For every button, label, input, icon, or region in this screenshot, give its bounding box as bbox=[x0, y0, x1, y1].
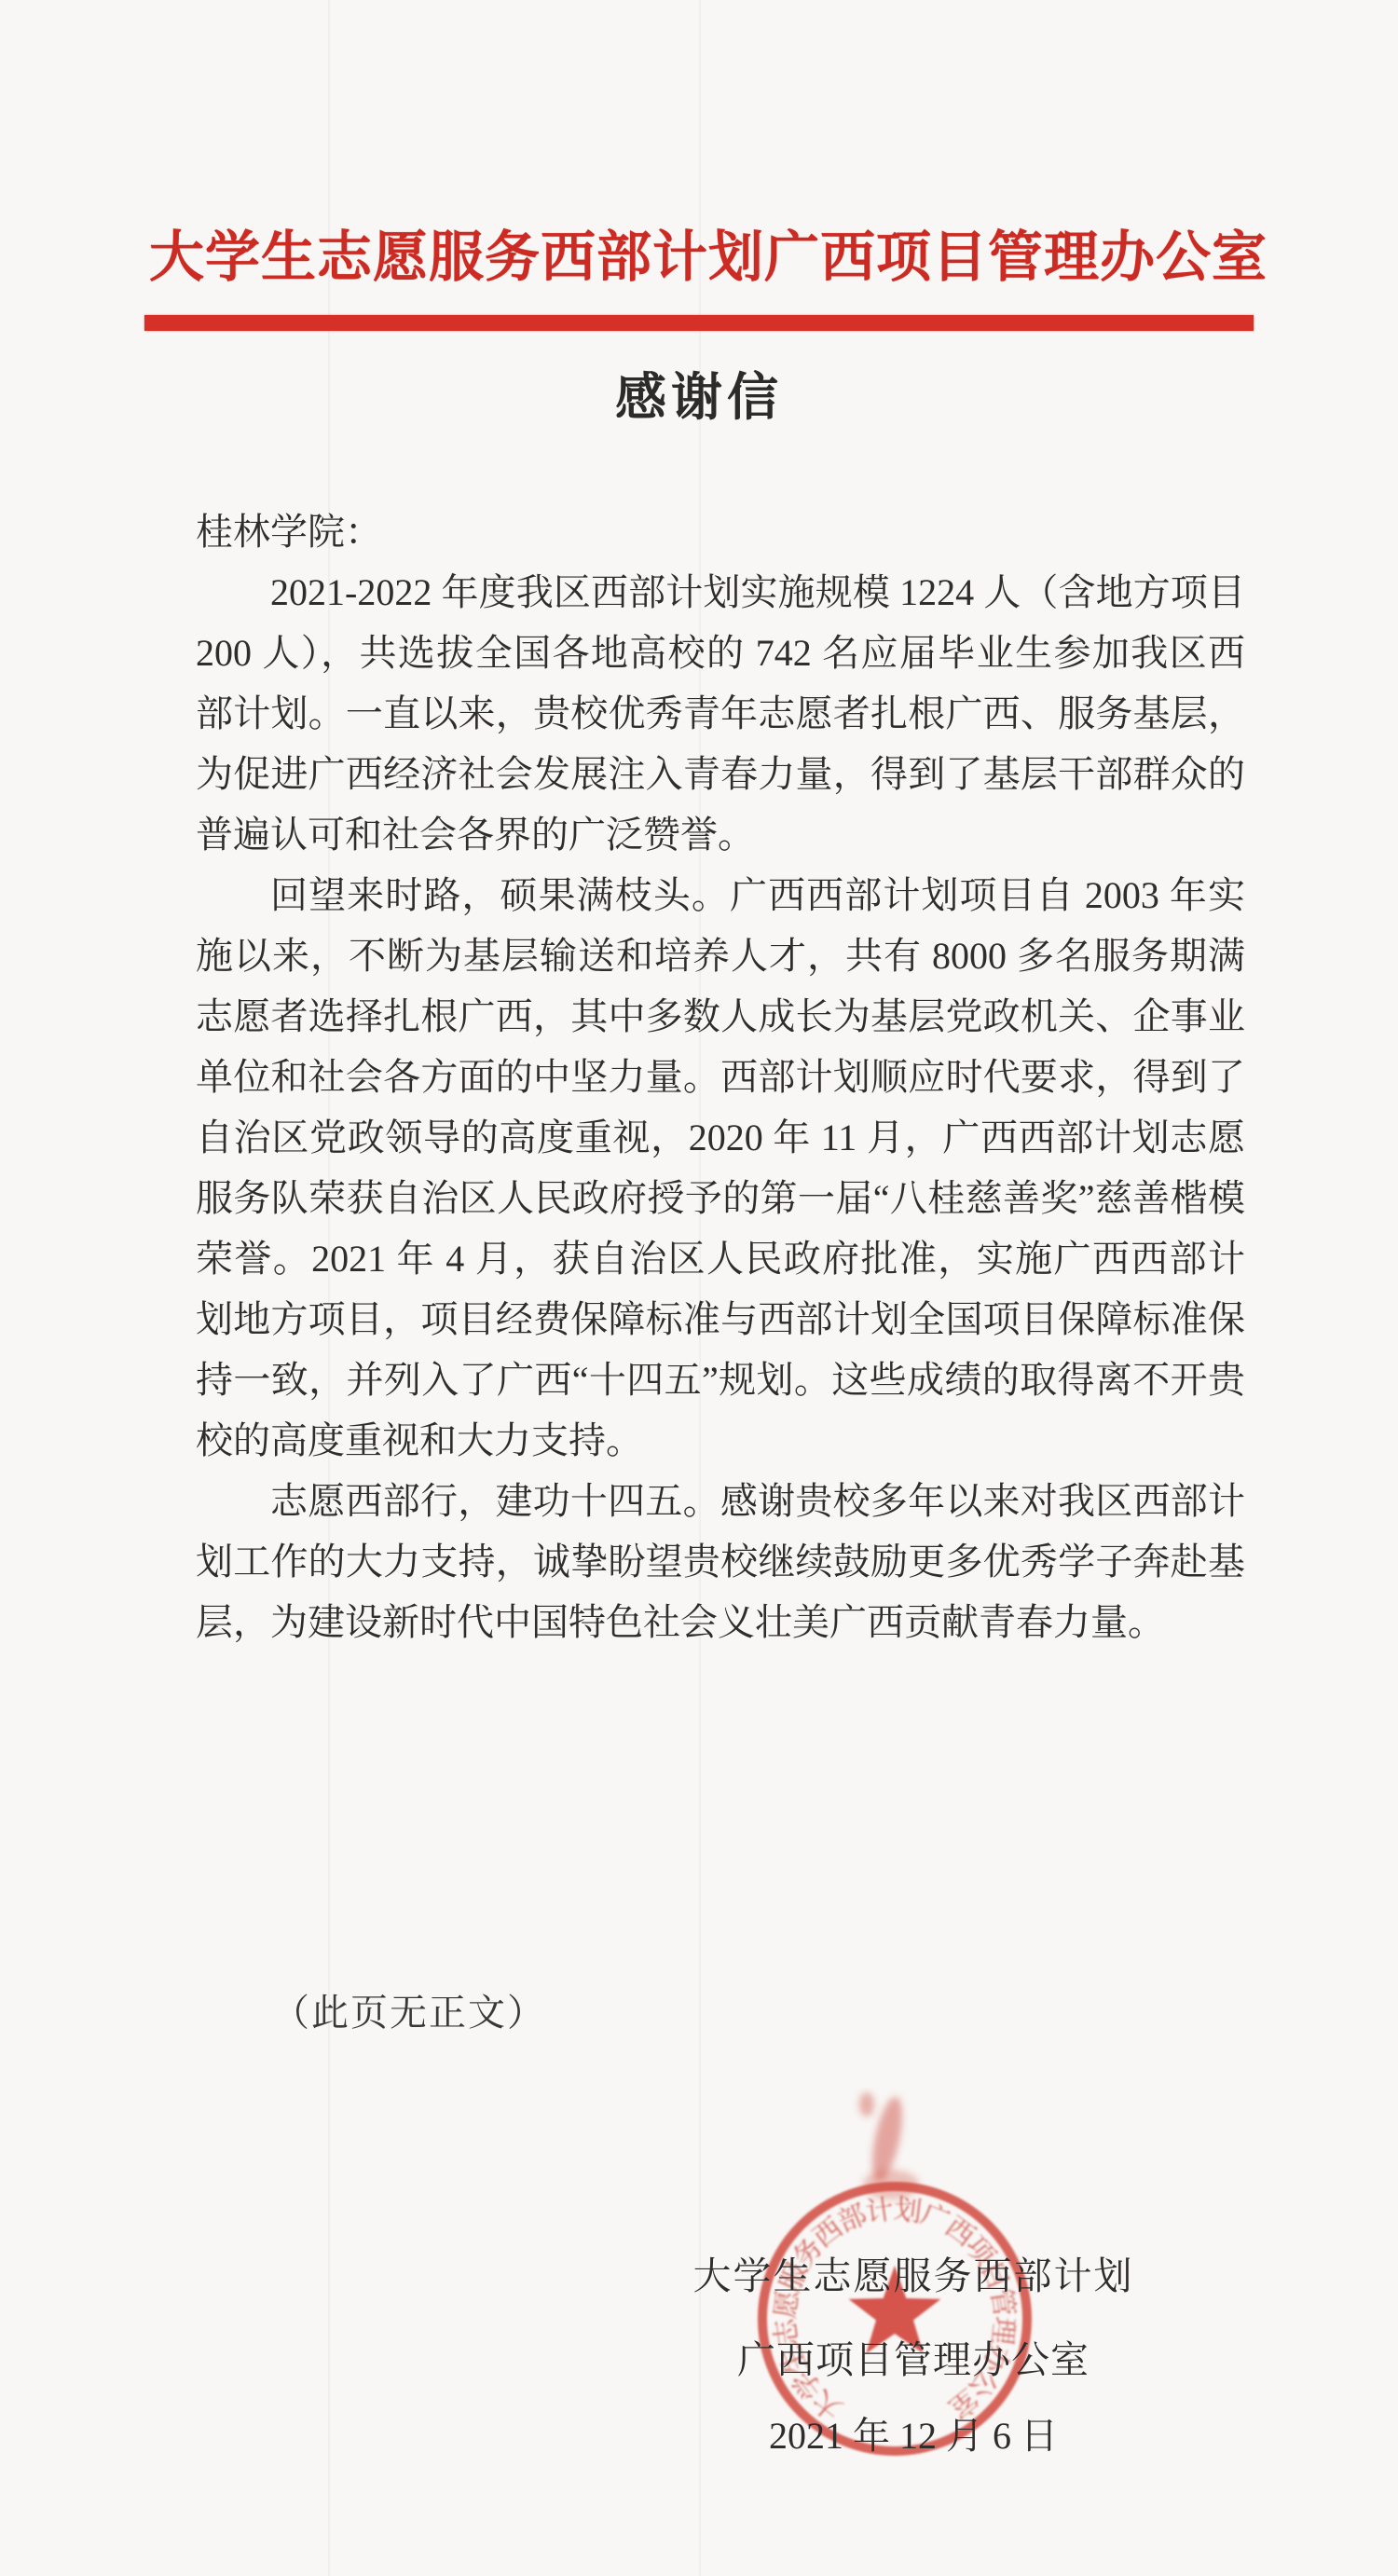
signature-org-line1: 大学生志愿服务西部计划 bbox=[652, 2254, 1174, 2297]
signature-date: 2021 年 12 月 6 日 bbox=[652, 2415, 1174, 2458]
paragraph: 回望来时路，硕果满枝头。广西西部计划项目自 2003 年实施以来，不断为基层输送… bbox=[196, 865, 1245, 1471]
signature-org-line2: 广西项目管理办公室 bbox=[652, 2338, 1174, 2381]
seal-ink-smudge bbox=[859, 2092, 874, 2117]
letter-body: 桂林学院： 2021-2022 年度我区西部计划实施规模 1224 人（含地方项… bbox=[196, 501, 1245, 1652]
letterhead-title: 大学生志愿服务西部计划广西项目管理办公室 bbox=[149, 222, 1249, 293]
salutation: 桂林学院： bbox=[196, 501, 1245, 562]
paragraph: 志愿西部行，建功十四五。感谢贵校多年以来对我区西部计划工作的大力支持，诚挚盼望贵… bbox=[196, 1471, 1245, 1652]
letterhead-rule bbox=[144, 315, 1254, 331]
document-title: 感谢信 bbox=[149, 367, 1249, 429]
paragraph: 2021-2022 年度我区西部计划实施规模 1224 人（含地方项目 200 … bbox=[196, 562, 1245, 865]
no-text-note: （此页无正文） bbox=[272, 1991, 546, 2035]
scanned-letter-page: 大学生志愿服务西部计划广西项目管理办公室 感谢信 桂林学院： 2021-2022… bbox=[0, 0, 1398, 2576]
paragraph-list: 2021-2022 年度我区西部计划实施规模 1224 人（含地方项目 200 … bbox=[196, 562, 1245, 1652]
